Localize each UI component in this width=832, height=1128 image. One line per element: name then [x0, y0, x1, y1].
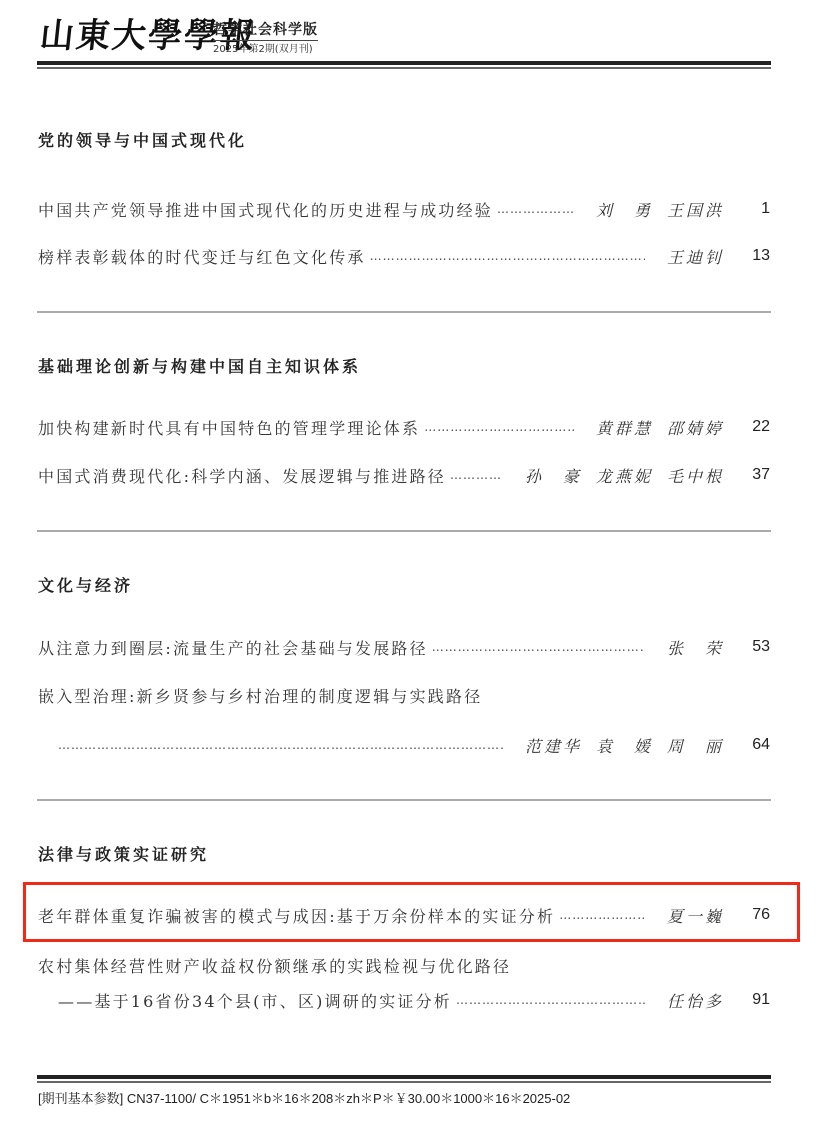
article-authors: 孙 豪龙燕妮毛中根 — [511, 464, 724, 487]
article-authors: 黄群慧邵婧婷 — [582, 416, 724, 439]
page-number: 53 — [724, 638, 772, 656]
page-number: 91 — [724, 991, 772, 1009]
section-divider — [37, 530, 771, 532]
section-title: 党的领导与中国式现代化 — [38, 128, 247, 151]
article-title: 中国共产党领导推进中国式现代化的历史进程与成功经验 — [38, 198, 493, 221]
article-authors: 刘 勇王国洪 — [582, 198, 724, 221]
journal-parameters: [期刊基本参数] CN37-1100/ C＊1951＊b＊16＊208＊zh＊P… — [38, 1088, 570, 1107]
toc-entry-highlighted[interactable]: 老年群体重复诈骗被害的模式与成因:基于万余份样本的实证分析 夏一巍 76 — [38, 902, 772, 928]
article-title: 中国式消费现代化:科学内涵、发展逻辑与推进路径 — [38, 464, 446, 487]
article-subtitle: ——基于16省份34个县(市、区)调研的实证分析 — [58, 989, 452, 1012]
article-title: 加快构建新时代具有中国特色的管理学理论体系 — [38, 416, 420, 439]
page-number: 76 — [724, 906, 772, 924]
page-number: 64 — [724, 736, 772, 754]
toc-entry-leader-line[interactable]: 范建华袁 媛周 丽 64 — [58, 732, 772, 758]
dot-leader — [497, 202, 574, 216]
toc-entry[interactable]: 中国共产党领导推进中国式现代化的历史进程与成功经验 刘 勇王国洪 1 — [38, 196, 772, 222]
section-title: 基础理论创新与构建中国自主知识体系 — [38, 354, 361, 377]
toc-entry-title-line[interactable]: 农村集体经营性财产收益权份额继承的实践检视与优化路径 — [38, 952, 772, 978]
article-title: 从注意力到圈层:流量生产的社会基础与发展路径 — [38, 636, 428, 659]
article-authors: 夏一巍 — [653, 904, 724, 927]
section-title: 文化与经济 — [38, 573, 133, 596]
toc-entry[interactable]: 加快构建新时代具有中国特色的管理学理论体系 黄群慧邵婧婷 22 — [38, 414, 772, 440]
article-title: 榜样表彰载体的时代变迁与红色文化传承 — [38, 245, 366, 268]
article-title: 农村集体经营性财产收益权份额继承的实践检视与优化路径 — [38, 954, 511, 977]
toc-entry[interactable]: 中国式消费现代化:科学内涵、发展逻辑与推进路径 孙 豪龙燕妮毛中根 37 — [38, 462, 772, 488]
toc-entry-title-line[interactable]: 嵌入型治理:新乡贤参与乡村治理的制度逻辑与实践路径 — [38, 682, 772, 708]
toc-entry[interactable]: 榜样表彰载体的时代变迁与红色文化传承 王迪钊 13 — [38, 243, 772, 269]
page-number: 22 — [724, 418, 772, 436]
article-authors: 任怡多 — [653, 989, 724, 1012]
dot-leader — [559, 908, 645, 922]
article-authors: 张 荣 — [653, 636, 724, 659]
dot-leader — [370, 249, 645, 263]
article-authors: 王迪钊 — [653, 245, 724, 268]
page-number: 37 — [724, 466, 772, 484]
footer-rule-thick — [37, 1075, 771, 1079]
section-title: 法律与政策实证研究 — [38, 842, 209, 865]
dot-leader — [456, 993, 645, 1007]
toc-entry[interactable]: 从注意力到圈层:流量生产的社会基础与发展路径 张 荣 53 — [38, 634, 772, 660]
footer-rule-thin — [37, 1081, 771, 1083]
page-number: 13 — [724, 247, 772, 265]
article-title: 嵌入型治理:新乡贤参与乡村治理的制度逻辑与实践路径 — [38, 684, 482, 707]
dot-leader — [58, 738, 503, 752]
article-authors: 范建华袁 媛周 丽 — [511, 734, 724, 757]
section-divider — [37, 311, 771, 313]
dot-leader — [432, 640, 645, 654]
page-number: 1 — [724, 200, 772, 218]
journal-issue: 2025年第2期(双月刊) — [213, 40, 313, 55]
header-rule-thin — [37, 67, 771, 69]
article-title: 老年群体重复诈骗被害的模式与成因:基于万余份样本的实证分析 — [38, 904, 555, 927]
header-rule-thick — [37, 61, 771, 65]
dot-leader — [450, 468, 503, 482]
dot-leader — [424, 420, 574, 434]
journal-edition: 哲学社会科学版 — [213, 19, 318, 41]
section-divider — [37, 799, 771, 801]
toc-entry-subtitle-line[interactable]: ——基于16省份34个县(市、区)调研的实证分析 任怡多 91 — [58, 987, 772, 1013]
